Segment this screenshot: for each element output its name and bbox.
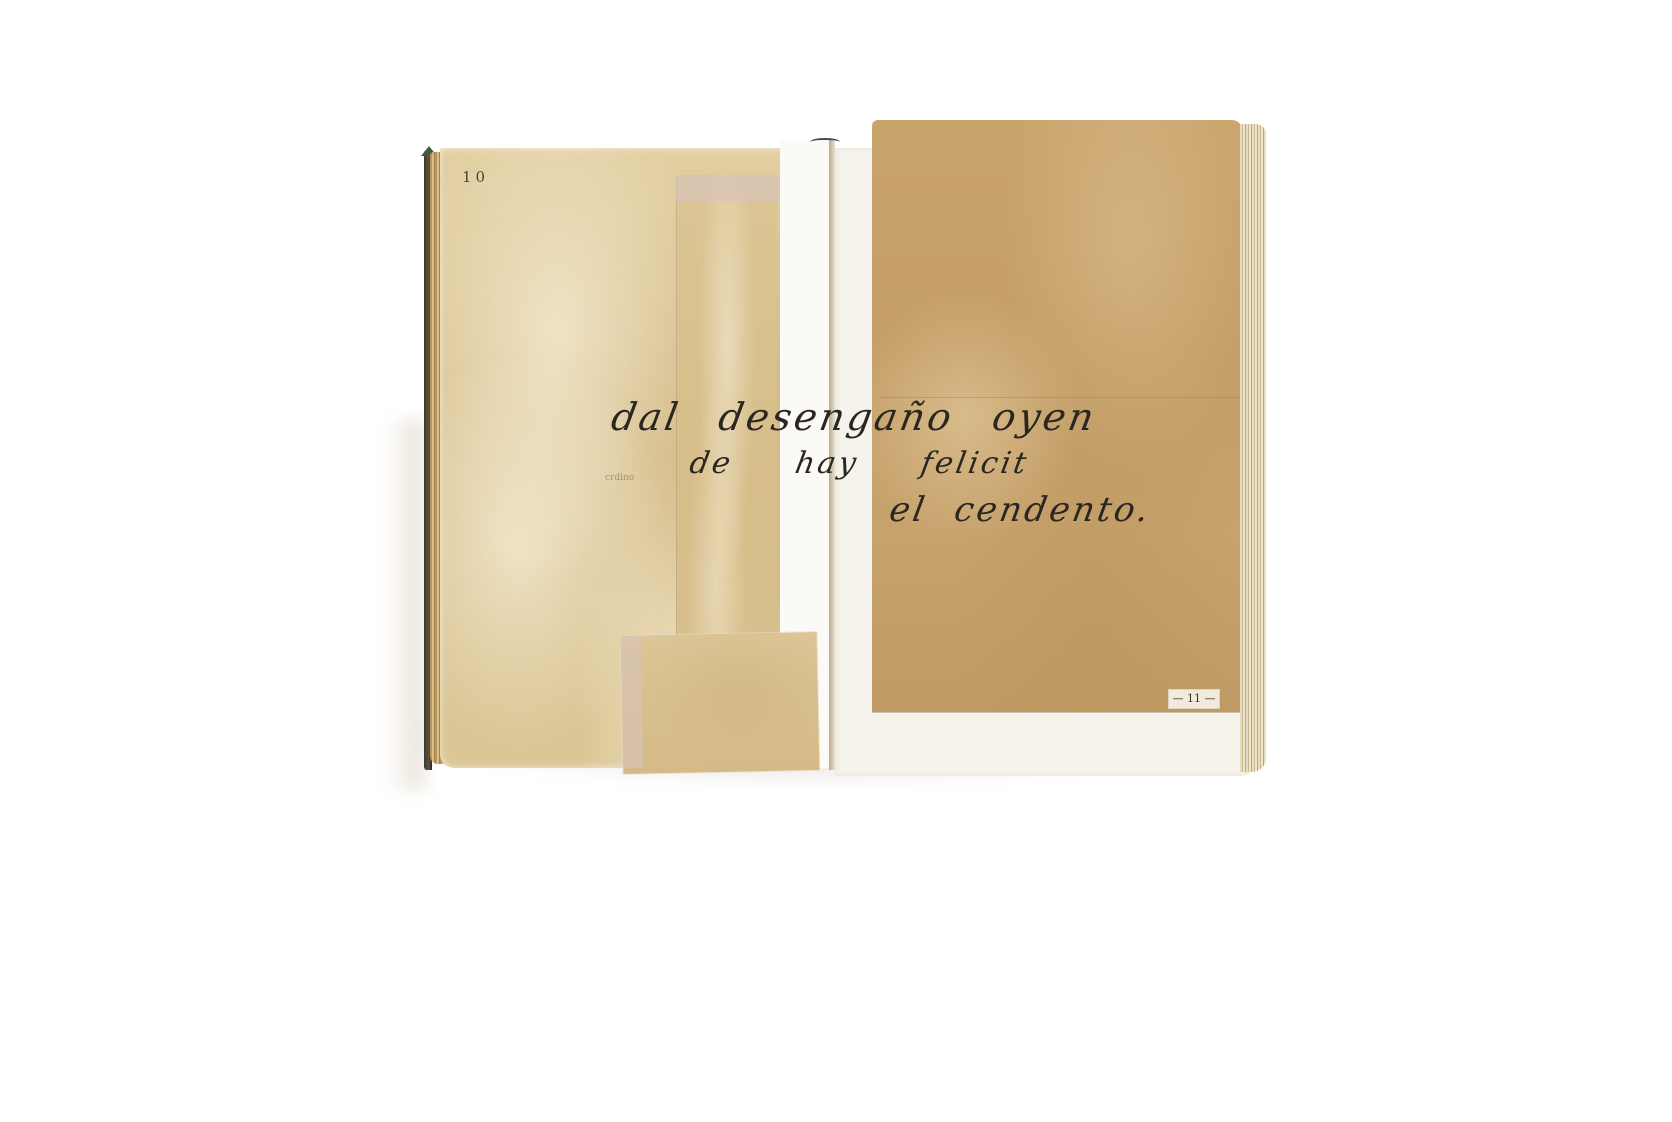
left-page-number: 10 — [462, 168, 489, 186]
book-photo-scene: 10 crdino — 11 — dal desengaño oyen de h… — [0, 0, 1672, 1122]
tape-strip-top — [676, 175, 786, 201]
kraft-fold-line — [880, 397, 1242, 398]
collage-lower-patch — [621, 632, 820, 774]
kraft-paper-collage — [872, 120, 1242, 712]
right-page-stack — [1240, 124, 1266, 772]
faint-printed-text: crdino — [605, 473, 634, 483]
binding-thread — [810, 138, 840, 146]
book-side-shadow — [385, 420, 425, 790]
right-page-number: — 11 — — [1168, 689, 1220, 709]
tape-strip-lower — [621, 636, 644, 768]
